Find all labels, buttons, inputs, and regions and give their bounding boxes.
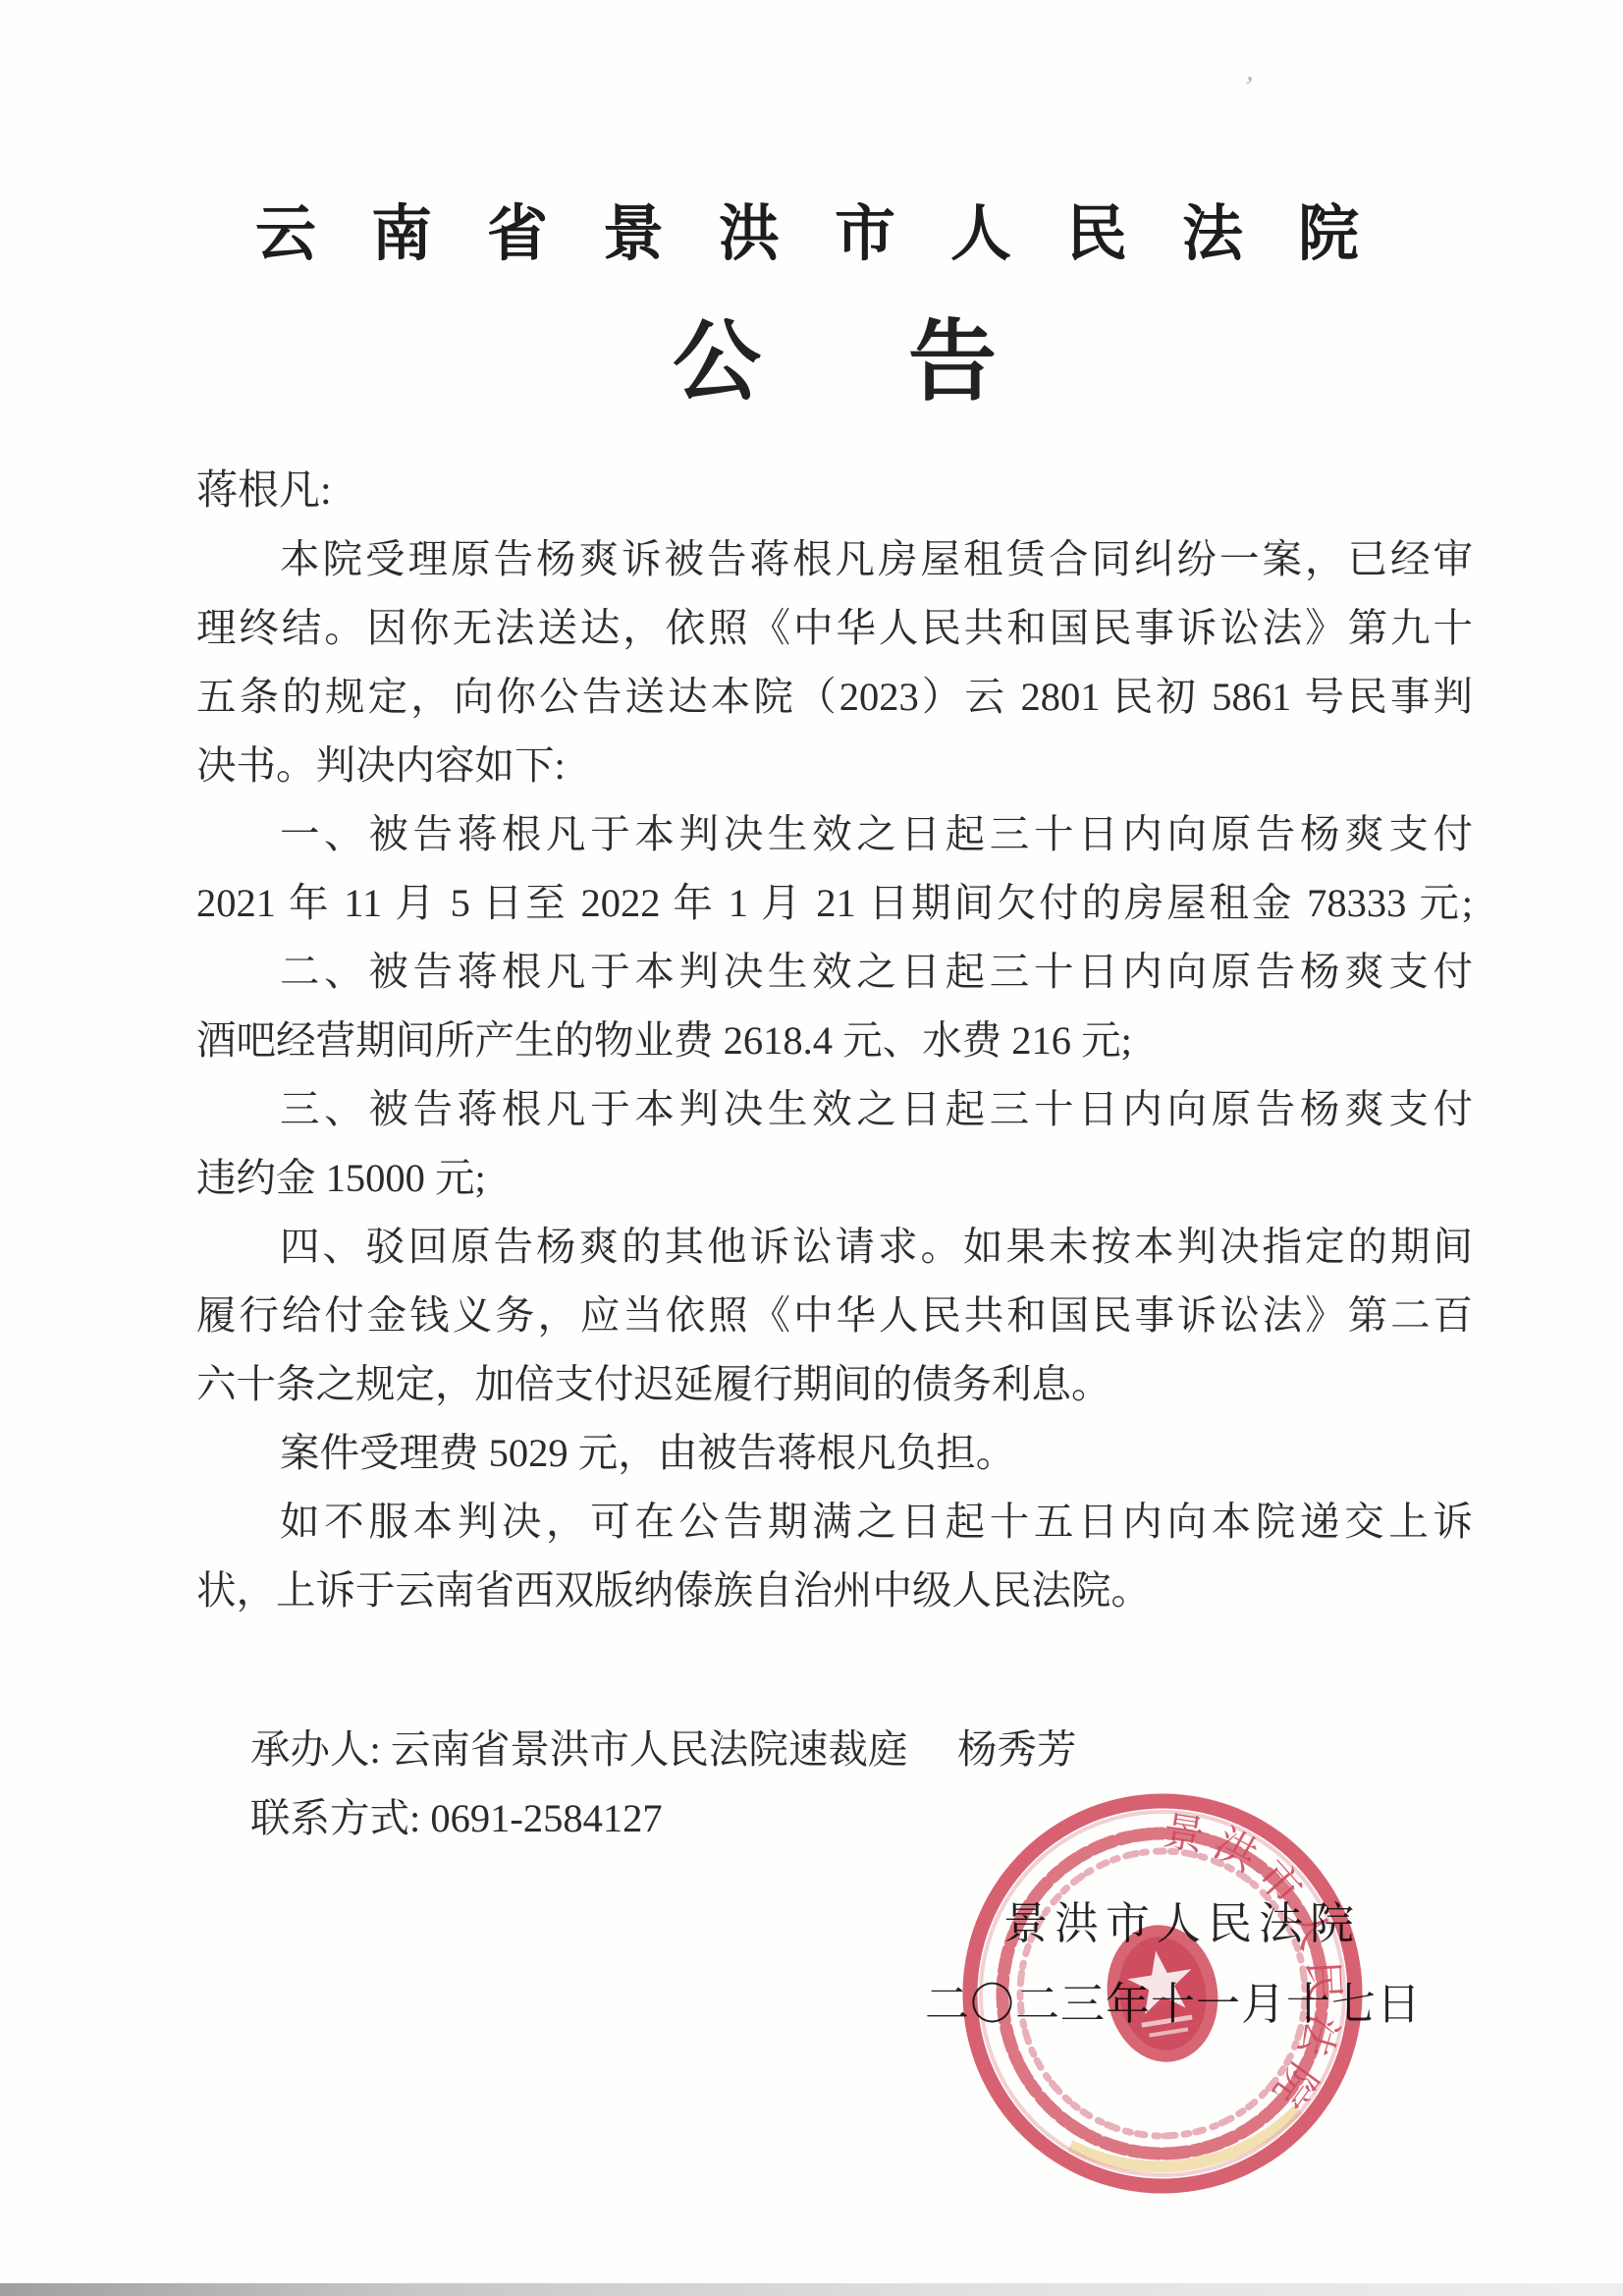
body-line: 状，上诉于云南省西双版纳傣族自治州中级人民法院。 [196, 1557, 1473, 1625]
body-line: 二、被告蒋根凡于本判决生效之日起三十日内向原告杨爽支付 [196, 938, 1473, 1007]
body-line: 三、被告蒋根凡于本判决生效之日起三十日内向原告杨爽支付 [196, 1075, 1473, 1144]
addressee-line: 蒋根凡: [196, 457, 1473, 525]
body-line: 案件受理费 5029 元，由被告蒋根凡负担。 [196, 1419, 1473, 1488]
body-line: 决书。判决内容如下: [196, 732, 1473, 800]
body-line: 履行给付金钱义务，应当依照《中华人民共和国民事诉讼法》第二百 [196, 1282, 1473, 1350]
body-line: 四、驳回原告杨爽的其他诉讼请求。如果未按本判决指定的期间 [196, 1213, 1473, 1282]
court-seal-stamp-icon: 景洪市人民法院 [954, 1785, 1371, 2202]
seal-emblem-icon [1098, 1917, 1228, 2070]
court-title: 云南省景洪市人民法院 [196, 185, 1473, 272]
body-line: 酒吧经营期间所产生的物业费 2618.4 元、水费 216 元; [196, 1007, 1473, 1075]
body-line: 理终结。因你无法送达，依照《中华人民共和国民事诉讼法》第九十 [196, 594, 1473, 663]
body-line: 一、被告蒋根凡于本判决生效之日起三十日内向原告杨爽支付 [196, 800, 1473, 869]
document-content: 云南省景洪市人民法院 公告 蒋根凡: 本院受理原告杨爽诉被告蒋根凡房屋租赁合同纠… [196, 0, 1473, 1853]
body-line: 六十条之规定，加倍支付迟延履行期间的债务利息。 [196, 1350, 1473, 1419]
scanner-edge-shadow [0, 2283, 1623, 2296]
notice-title: 公告 [196, 290, 1473, 417]
court-notice-page: ’ 云南省景洪市人民法院 公告 蒋根凡: 本院受理原告杨爽诉被告蒋根凡房屋租赁合… [0, 0, 1623, 2296]
officer-line: 承办人: 云南省景洪市人民法院速裁庭 杨秀芳 [196, 1716, 1473, 1784]
body-line: 如不服本判决，可在公告期满之日起十五日内向本院递交上诉 [196, 1488, 1473, 1557]
body-line: 违约金 15000 元; [196, 1144, 1473, 1213]
body-line: 五条的规定，向你公告送达本院（2023）云 2801 民初 5861 号民事判 [196, 663, 1473, 732]
body-line: 2021 年 11 月 5 日至 2022 年 1 月 21 日期间欠付的房屋租… [196, 869, 1473, 938]
body-line: 本院受理原告杨爽诉被告蒋根凡房屋租赁合同纠纷一案，已经审 [196, 525, 1473, 594]
